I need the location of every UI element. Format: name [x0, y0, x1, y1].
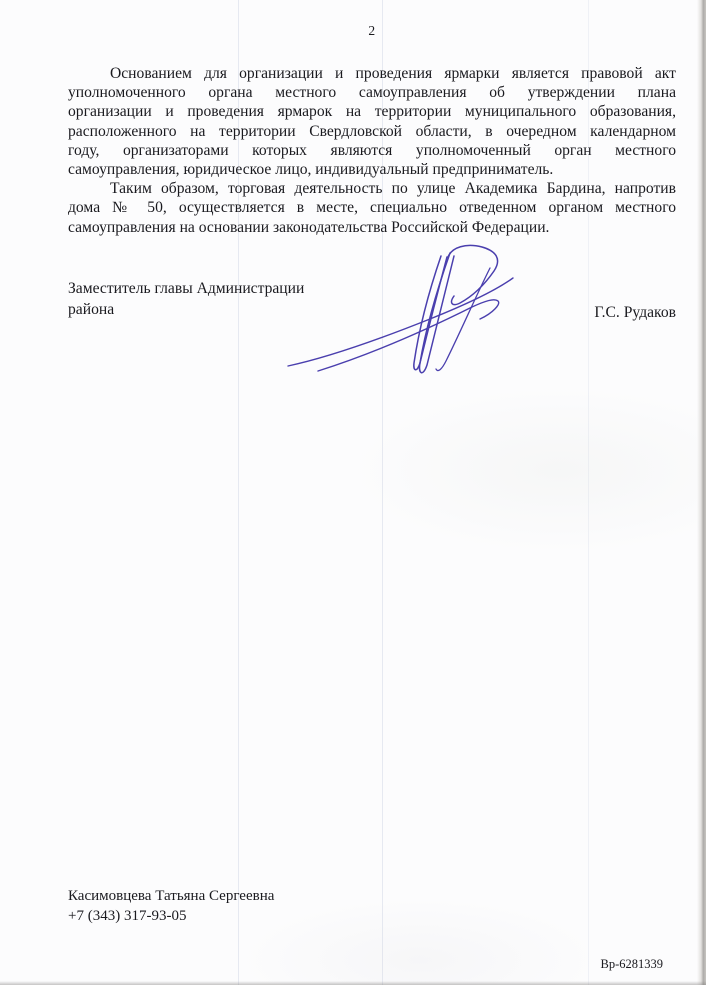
contact-block: Касимовцева Татьяна Сергеевна +7 (343) 3… — [68, 887, 676, 926]
body-text: Основанием для организации и проведения … — [68, 64, 676, 237]
page-number: 2 — [68, 23, 676, 39]
page-edge-shadow-bottom — [0, 981, 706, 985]
paragraph-line: году, организаторами которых являются уп… — [68, 141, 676, 160]
paragraph-line: Таким образом, торговая деятельность по … — [68, 179, 676, 198]
document-code: Вр-6281339 — [601, 957, 664, 972]
paragraph-line: самоуправления, юридическое лицо, индиви… — [68, 160, 676, 179]
paragraph-line: дома № 50, осуществляется в месте, специ… — [68, 198, 676, 217]
paragraph-line: самоуправления на основании законодатель… — [68, 218, 676, 237]
paragraph-line: уполномоченного органа местного самоупра… — [68, 83, 676, 102]
page-edge-shadow-right — [697, 0, 706, 985]
signer-name: Г.С. Рудаков — [68, 304, 676, 322]
scanned-document-page: 2 Основанием для организации и проведени… — [0, 0, 706, 985]
paragraph-line: Основанием для организации и проведения … — [68, 64, 676, 83]
paragraph-line: расположенного на территории Свердловско… — [68, 122, 676, 141]
signature-stroke — [448, 245, 498, 304]
contact-name: Касимовцева Татьяна Сергеевна — [68, 887, 676, 907]
paragraph-line: организации и проведения ярмарок на терр… — [68, 102, 676, 121]
contact-phone: +7 (343) 317-93-05 — [68, 907, 676, 927]
